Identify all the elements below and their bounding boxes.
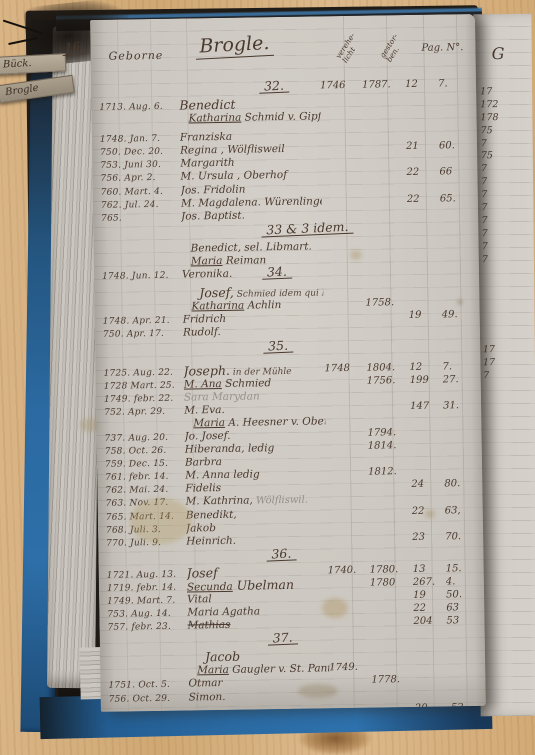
person-name: Rudolf. [183,325,324,340]
person-name-main: Jo. Josef. [184,430,230,443]
person-name-annotation: Wölfliswil. [253,495,308,507]
entry-date: 756. Apr. 2. [100,171,180,185]
married-year-value [323,266,365,267]
died-year-value [364,194,407,195]
paper-stain [130,498,192,544]
person-name-underlined: M. Ana [184,378,222,391]
person-name-underlined: Katharina [191,300,244,313]
married-year-value [324,324,366,325]
pag-value: 19 [409,310,442,323]
entry-date [106,550,186,552]
no-value: 66 [439,166,473,179]
person-name-main: Heinrich. [186,534,236,547]
paper-stain [80,418,98,432]
pag-value [415,687,448,688]
pag-value [405,96,438,97]
no-value [447,673,481,674]
no-value [444,439,478,440]
died-year-value [367,414,410,415]
no-value: 50. [446,589,480,602]
person-name-main: Fridrich [183,313,227,326]
died-year-value [366,310,409,311]
married-year-value [322,181,364,182]
pag-value [409,323,442,324]
person-name-main: Simon. [189,691,226,704]
pag-value [407,180,440,181]
paper-stain [322,598,348,618]
pag-value: 147 [410,400,443,413]
person-name-main: Reiman [222,254,266,267]
no-value [439,127,473,128]
entry-date [108,635,188,637]
person-name [179,80,320,82]
partial-year: 7 [482,241,500,254]
died-year-value: 1794. [367,427,410,440]
died-year-value [370,590,413,591]
pag-value [410,387,443,388]
section-number: 32. [259,79,289,93]
section-number: 35. [263,339,293,353]
pag-value [410,426,443,427]
died-year-value [369,519,412,520]
person-name-main: Benedict, sel. Libmart. [191,240,312,254]
section-number: 33 & 3 idem. [261,221,354,238]
person-name-main: Jos. Fridolin [181,183,246,196]
person-name-underlined: Maria [193,417,225,429]
rotated-header-married: verehe- licht [335,27,367,64]
pag-value [408,251,441,252]
married-year-value: 1749. [329,662,371,675]
folio-number: 16. [61,39,87,56]
died-year-value [366,323,409,324]
married-year-value [326,467,368,468]
entry-date [99,113,179,115]
died-year-value [371,648,414,649]
married-year-value [327,506,369,507]
partial-year: 7 [481,202,499,215]
no-value [441,296,475,297]
died-year-value [362,96,405,97]
no-value [440,180,474,181]
rotated-header-died: gestor- ben. [379,27,411,64]
section-number: 37. [268,632,298,646]
entry-date [102,288,182,290]
died-year-value [369,506,412,507]
entry-date: 1748. Apr. 21. [103,314,183,328]
pag-value [411,453,444,454]
died-year-value [364,207,407,208]
no-value [440,238,474,239]
entry-date: 1719. febr. 14. [107,580,187,594]
person-name-underlined: Maria [197,664,229,676]
entry-date: 1749. Mart. 7. [107,594,187,608]
no-value [439,153,473,154]
married-year-value: 1746 [320,80,362,93]
pag-value [410,413,443,414]
partial-year: 17 [483,357,495,370]
pag-value: 13 [413,563,446,576]
entry-date: 753. Aug. 14. [107,607,187,621]
partial-year: 75 [480,125,498,138]
pag-value: 12 [409,361,442,374]
person-name-main: M. Magdalena. Würenlingen [181,195,322,209]
pag-value [414,648,447,649]
person-name-main: Schmied [222,377,272,390]
pag-no-header: Pag. N°. [421,42,463,54]
person-name-main: Barbra [185,456,222,469]
died-year-value [365,284,408,285]
entry-date: 1725. Aug. 22. [103,365,183,379]
person-name-main: Otmar [188,677,222,690]
died-year-value [371,661,414,662]
partial-year: 7 [481,189,499,202]
died-year-value [368,492,411,493]
person-name-main: Vital [187,593,212,605]
died-year-value [370,616,413,617]
pag-value [407,206,440,207]
died-year-value [372,703,415,704]
partial-year: 172 [480,99,498,112]
entry-date [109,706,189,708]
bookmark-tab-bueck: Bück. [0,53,66,75]
married-year-value [330,703,372,704]
no-value: 65. [440,193,474,206]
married-year-value [326,480,368,481]
married-year-value: 1740. [328,564,370,577]
register-page: Geborne Brogle. verehe- licht gestor- be… [90,14,486,712]
pag-value [414,661,447,662]
died-year-value [368,453,411,454]
married-year-value: 1748 [324,362,366,375]
entry-date: 753. Juni 30. [100,158,180,172]
partial-year: 17 [480,86,498,99]
entry-date [108,652,188,654]
person-name-main: Achlin [244,299,281,312]
no-value: 60. [439,140,473,153]
died-year-value [371,631,414,632]
died-year-value [364,239,407,240]
died-year-value: 1780 [370,577,413,590]
pag-value: 24 [411,479,444,492]
no-value: 49. [442,309,476,322]
married-year-value [322,240,364,241]
died-year-value: 1758. [365,297,408,310]
person-name-underlined: Secunda [187,581,233,594]
entry-date: 1721. Aug. 13. [107,567,187,581]
entry-date [102,301,182,303]
died-year-value [363,128,406,129]
pag-value [414,674,447,675]
pag-value [411,440,444,441]
married-year-value [325,388,367,389]
no-value [445,546,479,547]
person-name-main: Regina , Wölflisweil [180,143,285,157]
married-year-value [329,632,371,633]
married-year-value [322,207,364,208]
no-value: 63 [446,602,480,615]
entry-date: 761. febr. 14. [105,470,185,484]
no-value [444,491,478,492]
pag-value [408,265,441,266]
entry-date: 1713. Aug. 6. [99,100,179,114]
married-year-value [328,578,370,579]
person-name-main: Benedict [179,97,235,112]
person-name [183,340,324,342]
person-name-main: Margarith [180,157,235,170]
person-name-main: Franziska [180,131,232,144]
entry-date: 1748. Jan. 7. [100,132,180,146]
person-name-main: M. Ursula , Oberhof [180,169,287,183]
no-value [447,660,481,661]
died-year-value [372,688,415,689]
next-page-year-column: 171721787577577777777 [480,86,500,267]
no-value [441,251,475,252]
no-value: 27. [443,374,477,387]
pag-value: 267. [413,576,446,589]
married-year-value [321,129,363,130]
column-label-geborne: Geborne [108,49,163,63]
no-value [443,426,477,427]
pag-value [407,221,440,222]
died-year-value [367,388,410,389]
entry-date: 759. Dec. 15. [105,457,185,471]
married-year-value [326,493,368,494]
person-name-main: Josef, [199,285,234,300]
entry-date: 758. Oct. 26. [105,444,185,458]
paper-stain [298,684,338,698]
entry-date: 750. Dec. 20. [100,145,180,159]
married-year-value [320,97,362,98]
entry-date: 765. [101,210,181,224]
person-name-main: Sara Marydan [184,390,260,403]
married-year-value [320,110,362,111]
person-name-main: Jos. Baptist. [181,209,245,222]
person-name-main: A. Heesner v. Oberfach 2te fr. 1756. [225,415,326,429]
person-name-main: Veronika. [182,268,232,281]
pag-value [406,154,439,155]
died-year-value: 1778. [371,674,414,687]
pag-value: 22 [406,167,439,180]
died-year-value [369,547,412,548]
died-year-value: 1814. [368,440,411,453]
married-year-value [329,649,371,650]
married-year-value [322,194,364,195]
no-value [441,264,475,265]
partial-year: 7 [481,163,499,176]
person-name [189,704,330,706]
person-name-main: Schmid v. Gipf. [241,110,320,123]
no-value [448,686,482,687]
partial-year: 17 [483,344,495,357]
person-name [188,633,329,635]
married-year-value [327,532,369,533]
died-year-value [369,532,412,533]
register-entries: 32. 1746 1787. 12 7. 1713. Aug. 6. Bened… [99,76,482,712]
no-value [442,337,476,338]
no-value [443,387,477,388]
person-name-main: Joseph. [183,363,230,378]
person-name-main: M. Eva. [184,404,225,417]
partial-year: 7 [482,254,500,267]
pag-value [412,546,445,547]
no-value [438,95,472,96]
next-page-year-column-lower: 17177 [483,344,495,383]
person-name-main: Rudolf. [183,326,221,339]
married-year-value [325,415,367,416]
married-year-value [321,168,363,169]
pag-value [411,492,444,493]
pag-value [411,466,444,467]
no-value [447,647,481,648]
person-name-main: Josef [187,565,218,580]
no-value: 7. [438,78,472,91]
pag-value: 22 [407,193,440,206]
pag-value: 23 [412,531,445,544]
married-year-value [324,339,366,340]
pag-value: 19 [413,589,446,602]
paper-stain [425,510,435,518]
died-year-value [365,265,408,266]
register-row: 35. [103,337,476,360]
pag-value [406,128,439,129]
married-year-value [321,155,363,156]
died-year-value: 1780. [370,564,413,577]
married-year-value [327,519,369,520]
no-value [447,630,481,631]
died-year-value [368,479,411,480]
no-value [444,465,478,466]
pag-value [412,518,445,519]
next-page-heading-initial: G [492,44,505,63]
person-name-main: Fidelis [185,482,221,495]
married-year-value [325,401,367,402]
person-name-main: Übelman [233,578,294,592]
no-value: 31. [443,400,477,413]
person-name [186,548,327,550]
no-value: 7. [442,360,476,373]
entry-date: 1728 Mart. 25. [104,378,184,392]
person-name-main: Jacob [205,650,240,665]
entry-date [102,256,182,258]
entry-date: 762. Jul. 24. [101,197,181,211]
register-book-photo: G 171721787577577777777 17177 Geborne Br… [0,0,535,755]
married-year-value [325,428,367,429]
entry-date [101,225,181,227]
family-title: Brogle. [195,32,274,60]
person-name-main: Gaugler v. St. Panthaleon [229,663,330,677]
married-year-value [325,375,367,376]
no-value [441,283,475,284]
entry-date [104,417,184,419]
pag-value: 22 [413,603,446,616]
person-name-main: Hiberanda, ledig [185,442,275,455]
partial-year: 178 [480,112,498,125]
person-name: Veronika. [182,266,323,281]
person-name: Mathias [187,618,328,633]
entry-date: 750. Apr. 17. [103,327,183,341]
pag-value [405,109,438,110]
died-year-value [365,252,408,253]
partial-year: 7 [481,176,499,189]
person-name-main: Maria Agatha [187,605,260,618]
partial-year: 7 [481,138,499,151]
entry-date: 757. febr. 23. [107,620,187,634]
died-year-value: 1787. [362,79,405,92]
died-year-value: 1812. [368,466,411,479]
pag-value [409,338,442,339]
entry-date [103,342,183,344]
partial-year: 7 [483,370,495,383]
entry-date [102,242,182,244]
person-name-underlined: Katharina [188,112,241,125]
pag-value [407,238,440,239]
entry-date: 1748. Jun. 12. [102,269,182,283]
died-year-value [362,109,405,110]
married-year-value [326,454,368,455]
entry-date: 1749. febr. 22. [104,391,184,405]
married-year-value [321,142,363,143]
married-year-value [328,591,370,592]
no-value [444,452,478,453]
section-number: 36. [267,547,297,561]
entry-date: 756. Oct. 29. [109,691,189,705]
married-year-value [323,285,365,286]
pag-value: 199 [410,374,443,387]
partial-year: 7 [481,215,499,228]
entry-date [99,83,179,85]
partial-year: 7 [482,228,500,241]
married-year-value [323,298,365,299]
pag-value: 12 [405,79,438,92]
no-value [445,518,479,519]
person-name-main: Mathias [187,619,230,632]
entry-date: 762. Mai. 24. [105,483,185,497]
no-value: 70. [445,531,479,544]
paper-stain [350,250,362,260]
married-year-value [327,547,369,548]
person-name: Katharina Schmid v. Gipf. [179,110,320,125]
section-number: 34. [262,266,292,280]
no-value: 63, [445,504,479,517]
no-value: 53 [446,615,480,628]
entry-date [108,665,188,667]
person-name-main: M. Anna ledig [185,469,260,482]
person-name-underlined: Maria [191,255,223,267]
no-value [438,108,472,109]
person-name-main: Benedikt, [186,508,237,521]
died-year-value: 1756. [367,375,410,388]
died-year-value [366,339,409,340]
no-value: 15. [446,563,480,576]
entry-date: 1751. Oct. 5. [108,678,188,692]
ink-speck [458,300,462,304]
no-value [442,322,476,323]
no-value: 80. [444,478,478,491]
married-year-value [324,311,366,312]
married-year-value [326,441,368,442]
died-year-value [364,181,407,182]
died-year-value [363,141,406,142]
entry-date: 760. Mart. 4. [101,184,181,198]
person-name-main: M. Kathrina, [185,495,252,508]
pag-value [408,284,441,285]
person-name: Heinrich. [186,533,327,548]
married-year-value [329,675,371,676]
entry-date: 752. Apr. 29. [104,404,184,418]
pag-value: 204 [413,616,446,629]
died-year-value [370,603,413,604]
pag-value [414,631,447,632]
